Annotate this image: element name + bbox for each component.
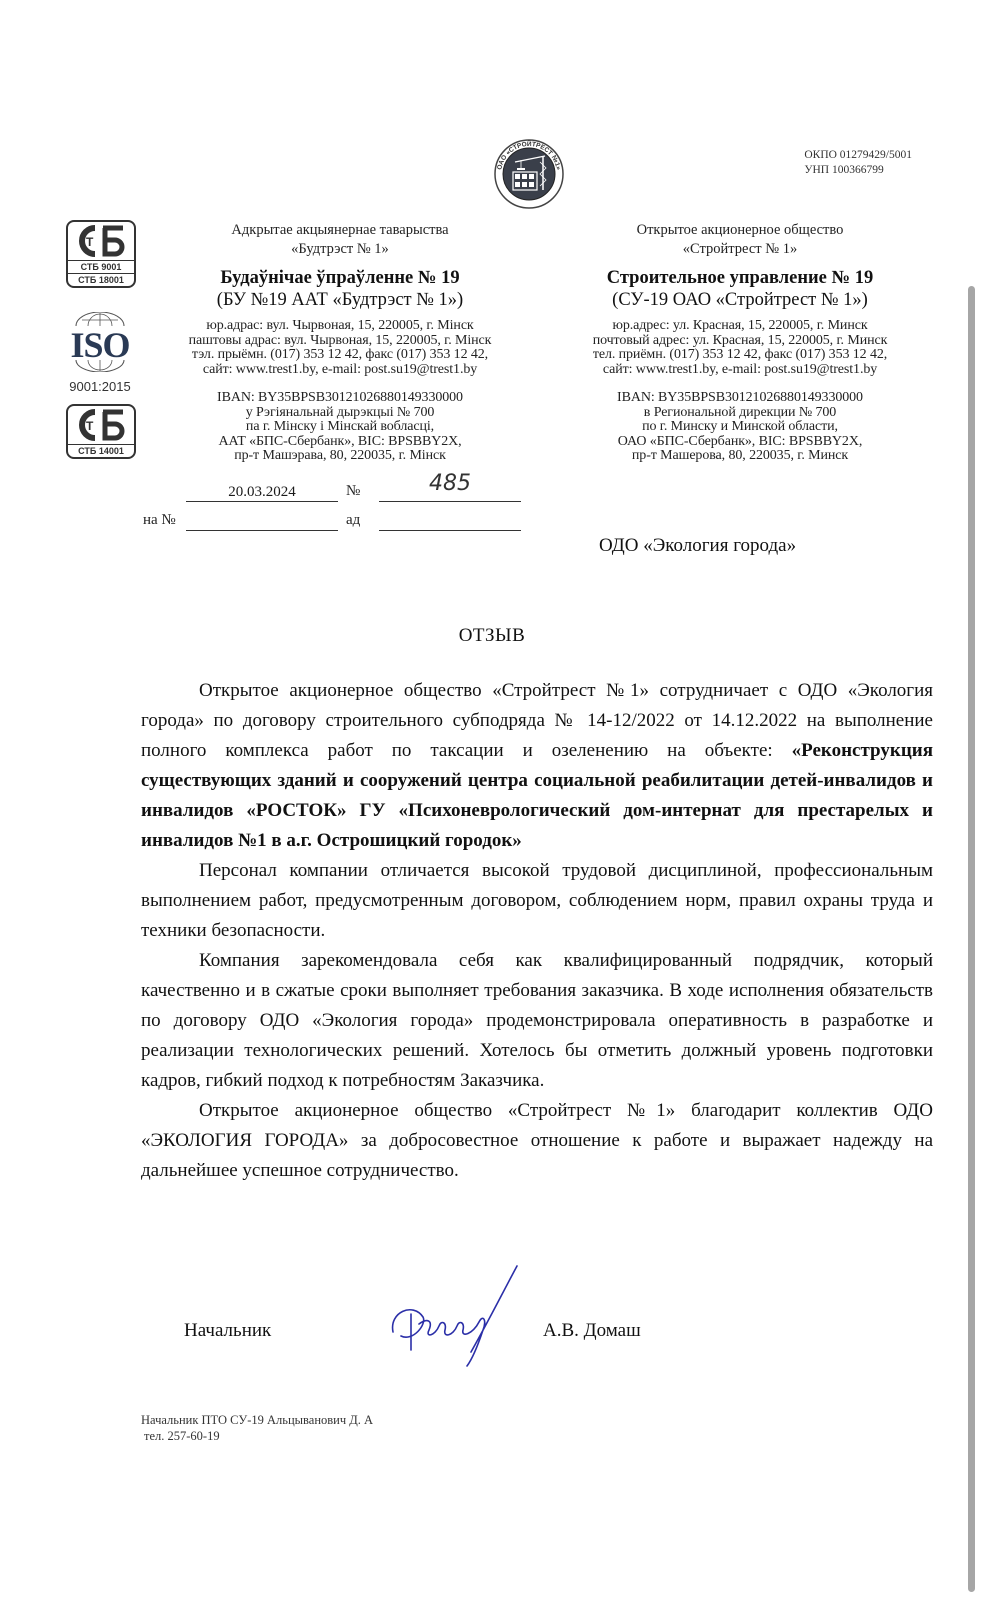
company-logo: ОАО «СТРОЙТРЕСТ №1» <box>493 138 565 210</box>
from-date-label: ад <box>346 512 360 529</box>
address-block: юр.адрас: вул. Чырвоная, 15, 220005, г. … <box>140 319 540 377</box>
outgoing-number-field: 485 <box>379 475 521 502</box>
svg-text:Т: Т <box>86 419 94 433</box>
unit-name: Будаўнічае ўпраўленне № 19 <box>140 267 540 289</box>
document-codes: ОКПО 01279429/5001 УНП 100366799 <box>804 148 912 178</box>
org-name-line2: «Будтрэст № 1» <box>140 240 540 259</box>
paragraph-4: Открытое акционерное общество «Стройтрес… <box>141 1096 933 1186</box>
from-date-field <box>379 512 521 531</box>
vertical-scrollbar[interactable] <box>966 286 978 1592</box>
signatory-position: Начальник <box>184 1320 271 1342</box>
okpo-code: ОКПО 01279429/5001 <box>804 148 912 163</box>
org-name-line2: «Стройтрест № 1» <box>540 240 940 259</box>
document-title: ОТЗЫВ <box>0 625 984 647</box>
paragraph-3: Компания зарекомендовала себя как квалиф… <box>141 946 933 1096</box>
unit-abbr: (СУ-19 ОАО «Стройтрест № 1») <box>540 289 940 311</box>
iso-certificate: ISO 9001:2015 <box>64 312 136 394</box>
reply-to-field <box>186 512 338 531</box>
contact-phone: тел. 257-60-19 <box>141 1428 373 1444</box>
construction-trust-seal-icon: ОАО «СТРОЙТРЕСТ №1» <box>493 138 565 210</box>
contact-footer: Начальник ПТО СУ-19 Альцыванович Д. А те… <box>141 1412 373 1444</box>
bank-details: IBAN: BY35BPSB30121026880149330000 в Рег… <box>540 391 940 464</box>
letterhead-right: Открытое акционерное общество «Стройтрес… <box>540 221 940 464</box>
handwritten-signature-icon <box>383 1262 523 1372</box>
scrollbar-thumb[interactable] <box>968 286 975 1592</box>
iso-cert-icon <box>70 312 130 326</box>
stb-cert-icon: Т <box>68 222 134 260</box>
org-name-line1: Адкрытае акцыянернае таварыства <box>140 221 540 240</box>
org-name-line1: Открытое акционерное общество <box>540 221 940 240</box>
unit-name: Строительное управление № 19 <box>540 267 940 289</box>
letterhead-left: Адкрытае акцыянернае таварыства «Будтрэс… <box>140 221 540 464</box>
svg-text:Т: Т <box>86 235 94 249</box>
handwritten-number: 485 <box>429 471 471 496</box>
paragraph-1: Открытое акционерное общество «Стройтрес… <box>141 676 933 856</box>
paragraph-2: Персонал компании отличается высокой тру… <box>141 856 933 946</box>
contact-person: Начальник ПТО СУ-19 Альцыванович Д. А <box>141 1412 373 1428</box>
addressee: ОДО «Экология города» <box>599 535 796 557</box>
outgoing-date-field: 20.03.2024 <box>186 483 338 502</box>
outgoing-number-label: № <box>346 483 360 500</box>
reply-to-label: на № <box>143 512 176 529</box>
signatory-name: А.В. Домаш <box>543 1320 641 1342</box>
bank-details: IBAN: BY35BPSB30121026880149330000 у Рэг… <box>140 391 540 464</box>
unit-abbr: (БУ №19 ААТ «Будтрэст № 1») <box>140 289 540 311</box>
unp-code: УНП 100366799 <box>804 163 912 178</box>
address-block: юр.адрес: ул. Красная, 15, 220005, г. Ми… <box>540 319 940 377</box>
letter-body: Открытое акционерное общество «Стройтрес… <box>141 676 933 1186</box>
stb-cert-icon: Т <box>68 406 134 444</box>
stb-certificate-14001: Т СТБ 14001 <box>66 404 136 459</box>
stb-certificate-9001-18001: Т СТБ 9001 СТБ 18001 <box>66 220 136 288</box>
